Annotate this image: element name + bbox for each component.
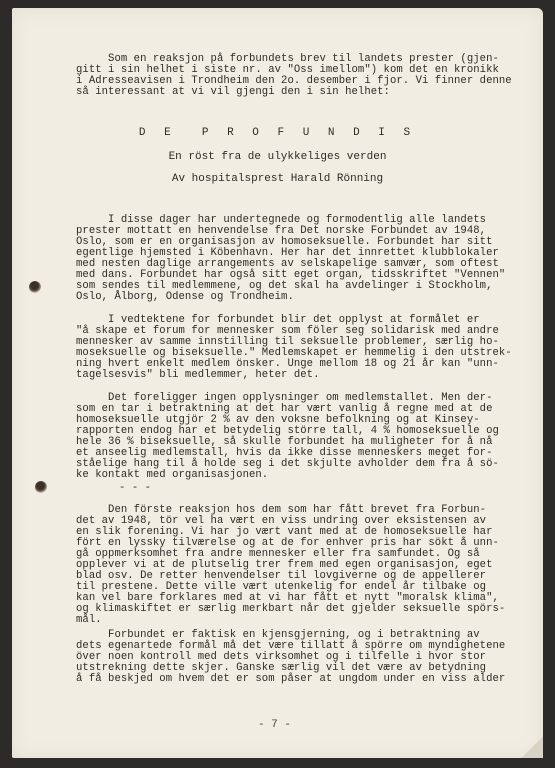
text-line: å få beskjed om hvem det er som påser at… <box>76 674 505 685</box>
page-number: - 7 - <box>9 719 540 731</box>
text-line: tagelsesvis" bli medlemmer, heter det. <box>76 370 319 381</box>
text-line: mål. <box>76 615 102 626</box>
text-line: ke kontakt med organisasjonen. <box>76 470 268 481</box>
document-page: Som en reaksjon på forbundets brev til l… <box>12 8 543 758</box>
text-line: og klimaskiftet er særlig merkbart når d… <box>76 604 505 615</box>
article-byline: Av hospitalsprest Harald Rönning <box>12 173 543 185</box>
section-separator: - - - <box>119 483 151 494</box>
article-subtitle: En röst fra de ulykkeliges verden <box>12 151 543 163</box>
page-corner-fold <box>521 736 543 758</box>
text-line: Oslo, Ålborg, Odense og Trondheim. <box>76 292 294 303</box>
punch-hole-icon <box>29 281 41 293</box>
text-line: så interessant at vi vil gjengi den i si… <box>76 87 390 98</box>
punch-hole-icon <box>35 481 47 493</box>
article-title: D E P R O F U N D I S <box>12 127 543 139</box>
